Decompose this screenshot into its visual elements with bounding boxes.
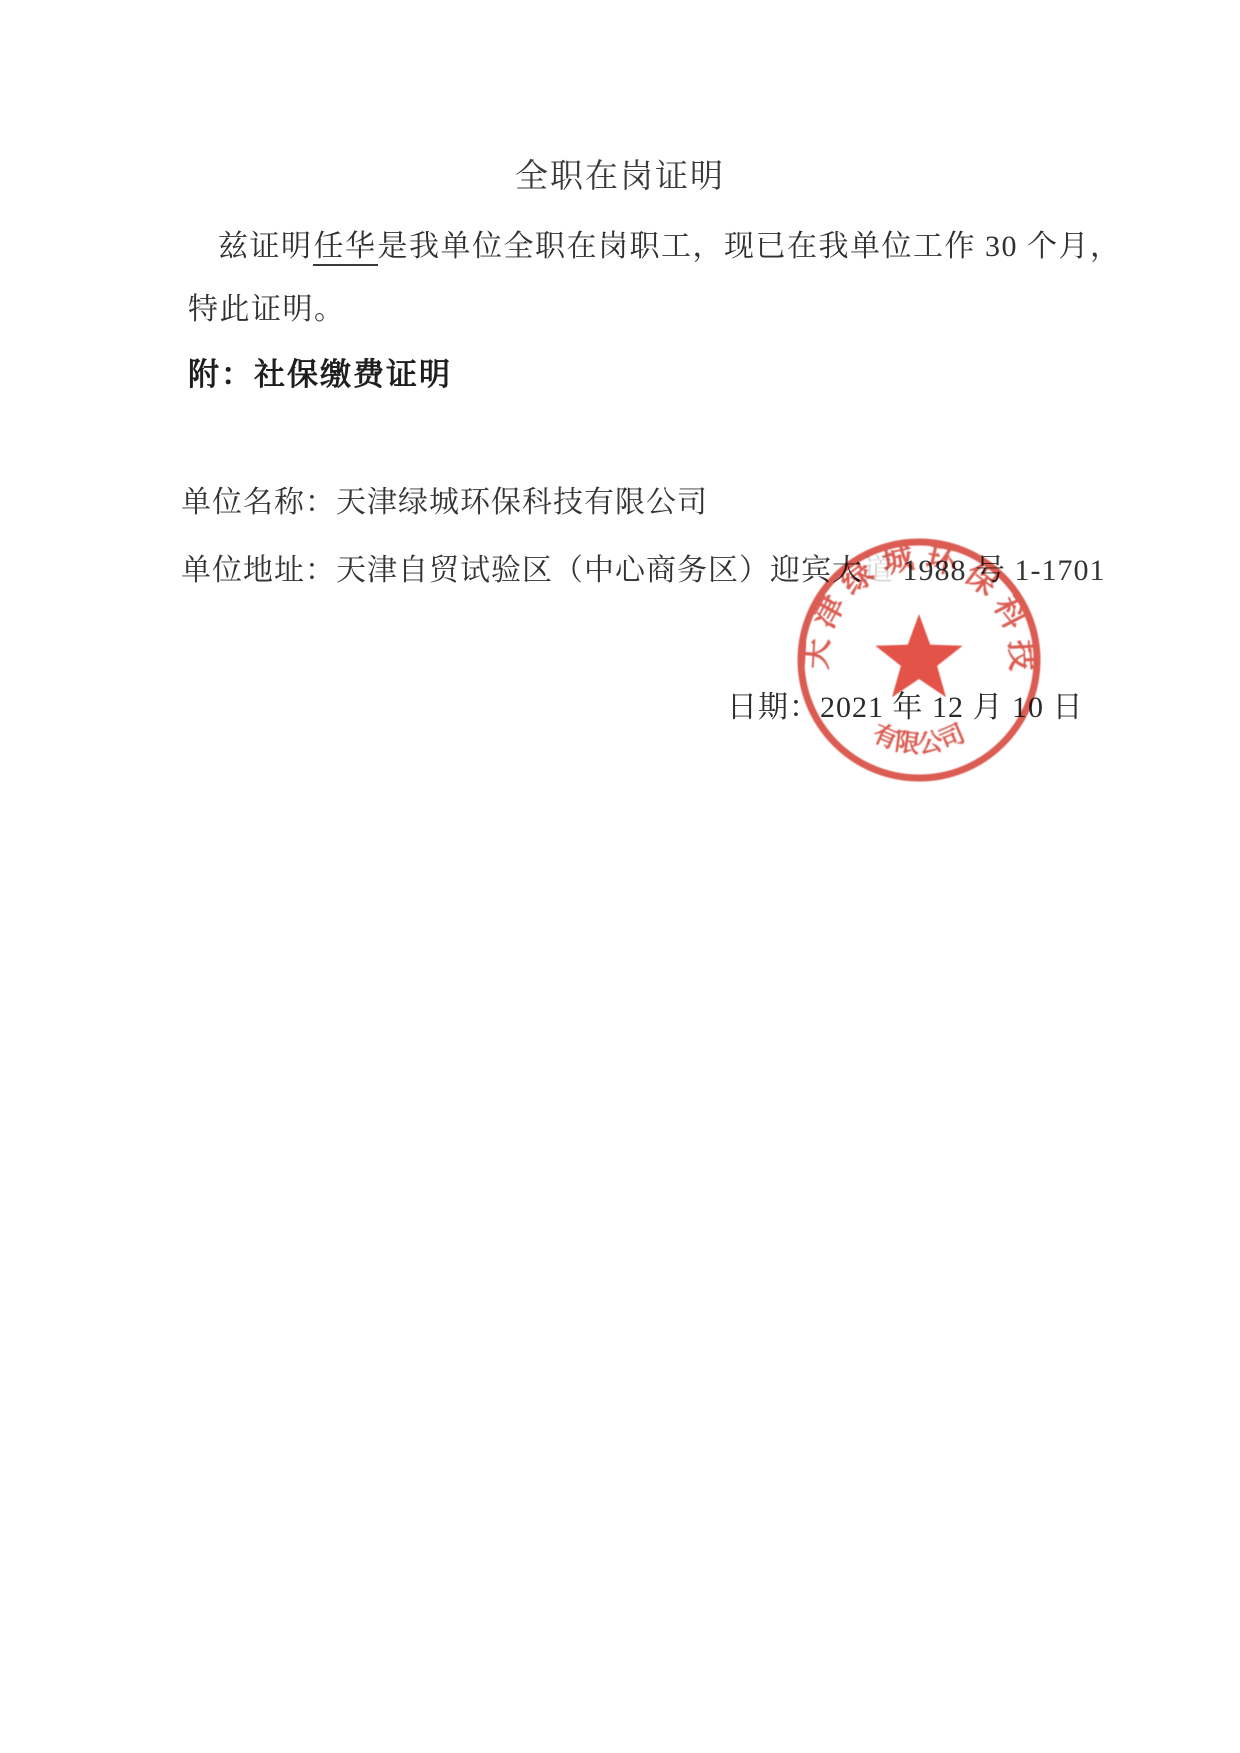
certificate-body-line-1: 兹证明任华是我单位全职在岗职工，现已在我单位工作 30 个月， [188, 221, 1122, 265]
seal-arc-text-bottom: 有限公司 [868, 719, 969, 759]
company-name-label: 单位名称： [181, 486, 336, 519]
attachment-heading: 附：社保缴费证明 [188, 349, 452, 394]
company-name-line: 单位名称：天津绿城环保科技有限公司 [181, 477, 708, 521]
company-address-part1: 天津自贸试验区（中心商务区）迎宾大 [336, 554, 863, 587]
company-address-label: 单位地址： [181, 554, 336, 587]
company-name-value: 天津绿城环保科技有限公司 [336, 486, 708, 519]
employee-name-underlined: 任华 [313, 230, 378, 266]
body-line1-rest: 是我单位全职在岗职工，现已在我单位工作 30 个月， [378, 230, 1122, 263]
certificate-page: 全职在岗证明 兹证明任华是我单位全职在岗职工，现已在我单位工作 30 个月， 特… [0, 0, 1240, 1753]
seal-star-icon [875, 614, 962, 697]
body-prefix: 兹证明 [218, 230, 313, 263]
certificate-body-line-2: 特此证明。 [188, 284, 346, 328]
company-seal-stamp: 天津绿城环保科技 有限公司 [789, 530, 1049, 790]
document-title: 全职在岗证明 [0, 150, 1240, 197]
